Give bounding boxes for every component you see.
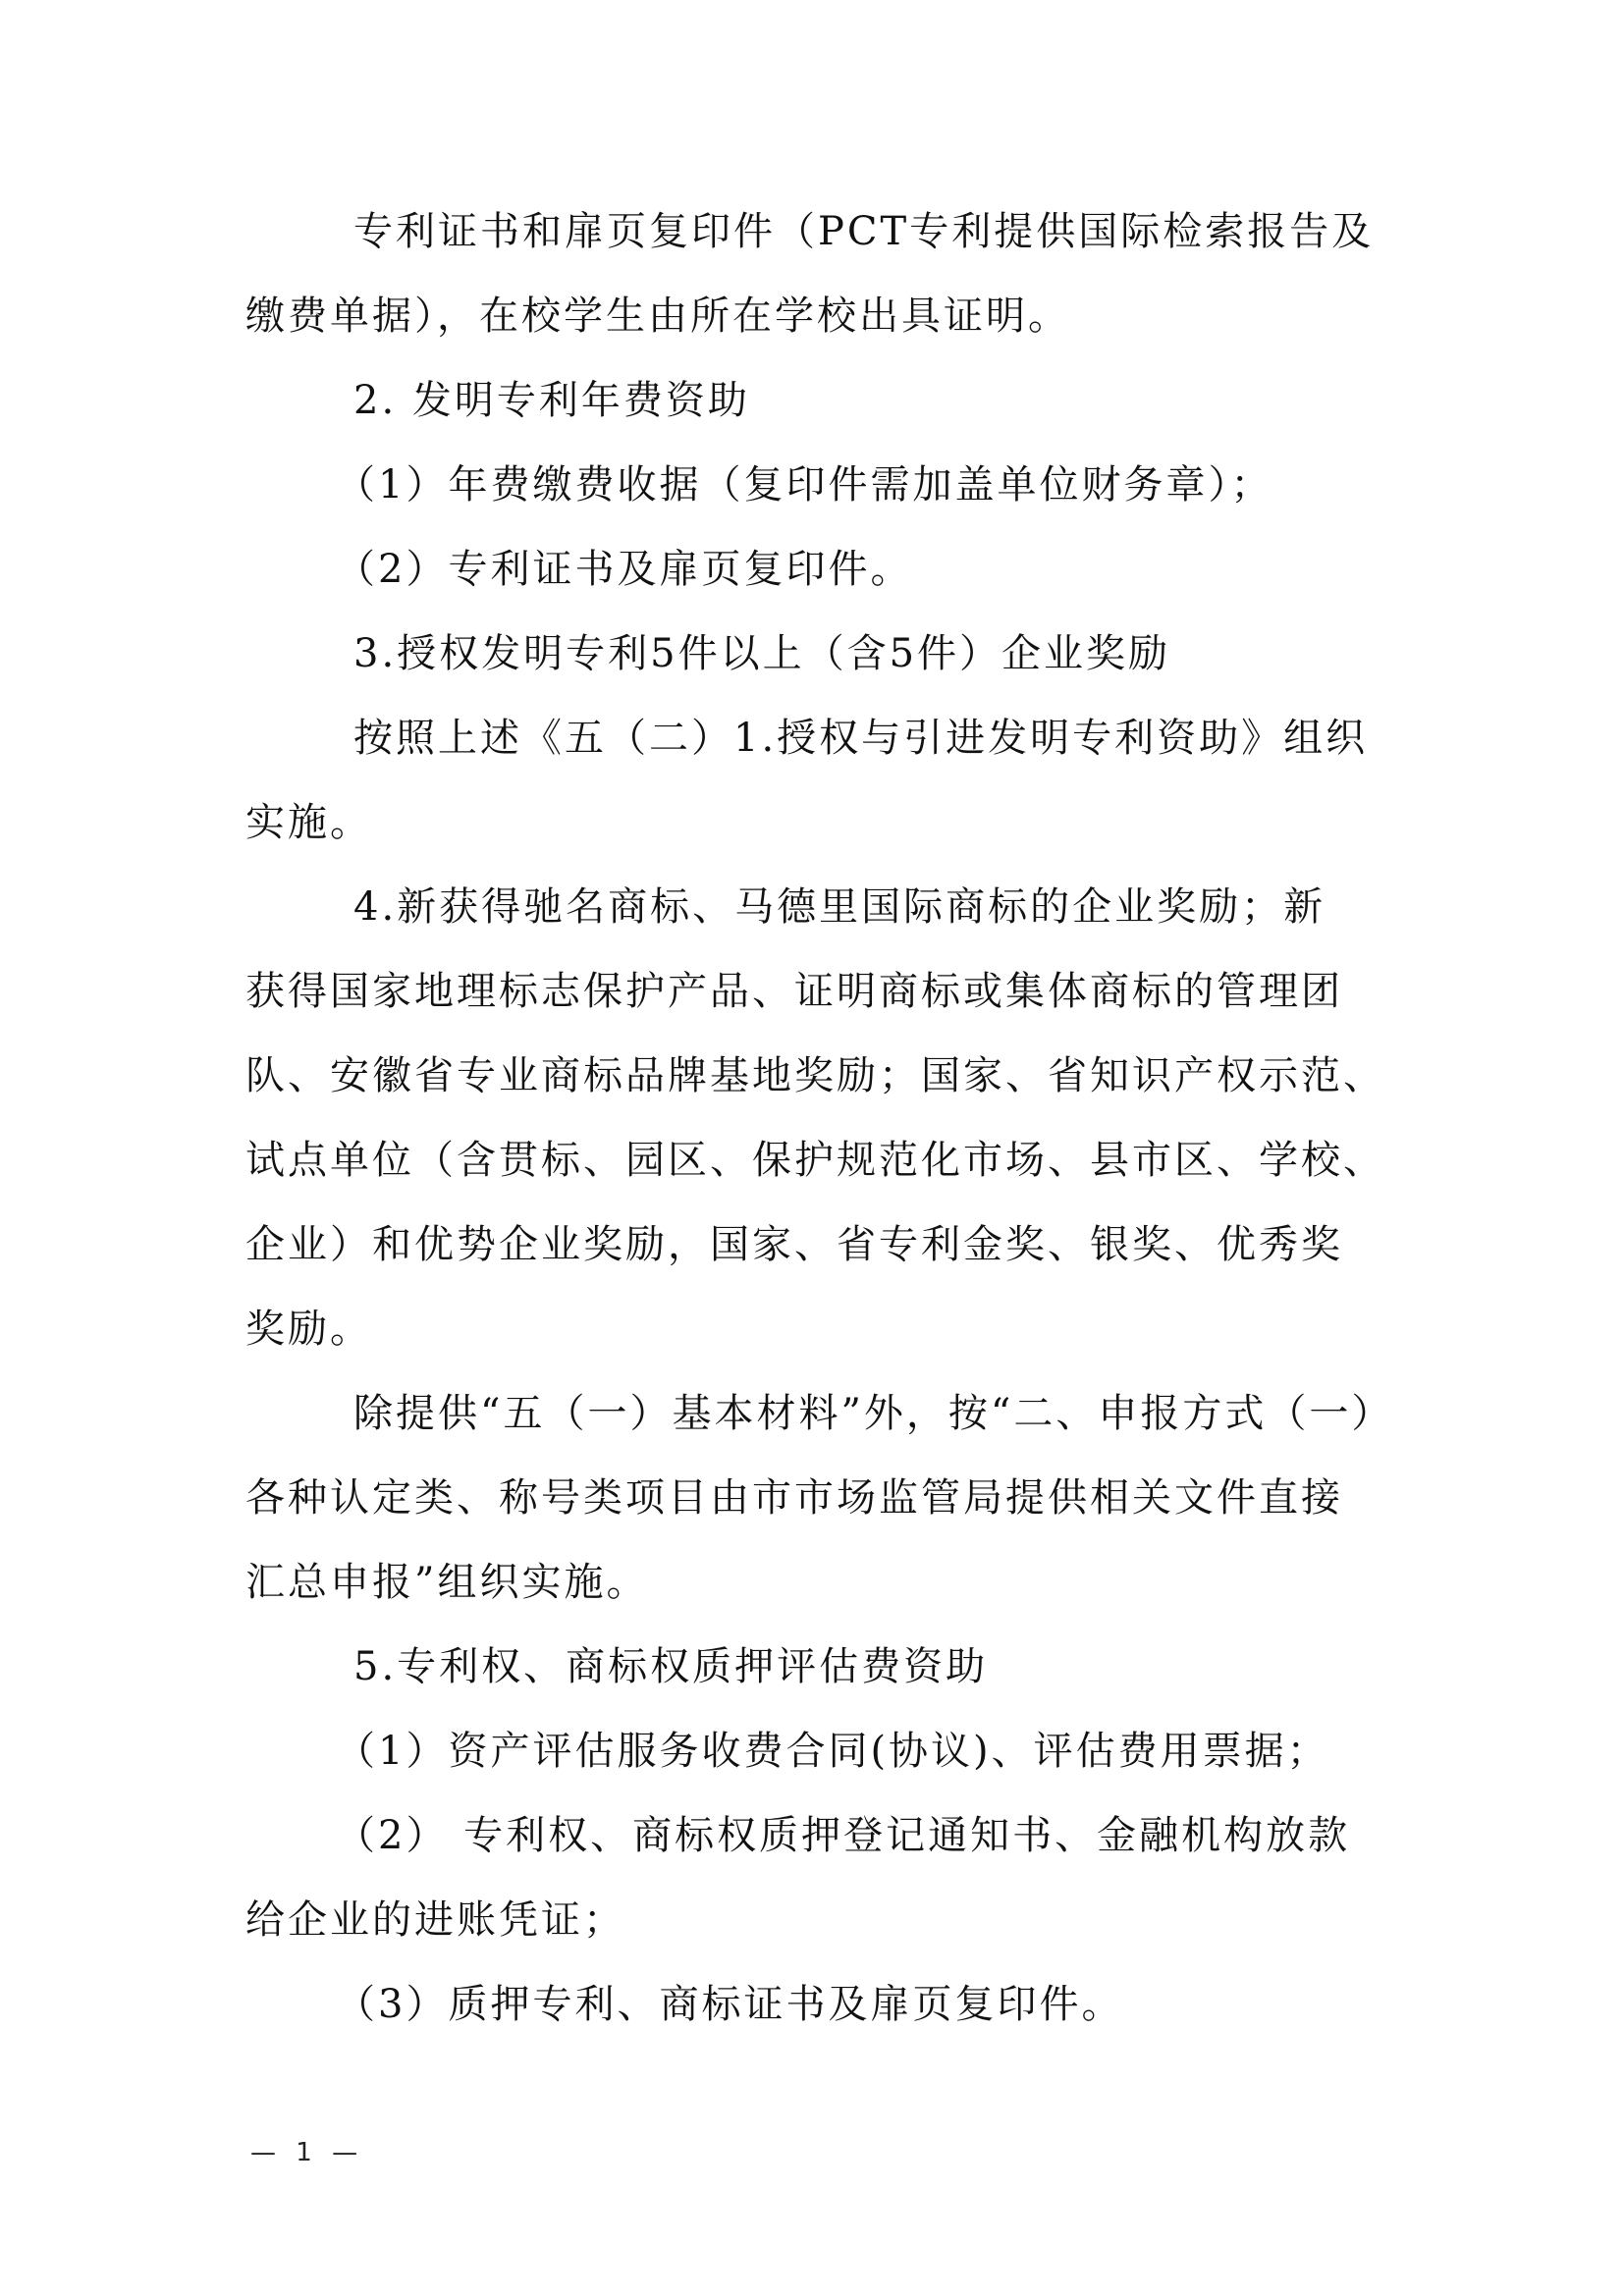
paragraph-line: 获得国家地理标志保护产品、证明商标或集体商标的管理团	[245, 966, 1343, 1017]
paragraph-line: 专利证书和扉页复印件（PCT专利提供国际检索报告及	[353, 206, 1374, 257]
paragraph-line: 奖励。	[245, 1304, 372, 1355]
paragraph-line: 除提供“五（一）基本材料”外，按“二、申报方式（一）	[353, 1388, 1393, 1439]
paragraph-line: 实施。	[245, 797, 372, 848]
section-heading: 4.新获得驰名商标、马德里国际商标的企业奖励；新	[353, 881, 1325, 933]
paragraph-line: 各种认定类、称号类项目由市市场监管局提供相关文件直接	[245, 1472, 1343, 1523]
paragraph-line: 缴费单据），在校学生由所在学校出具证明。	[245, 291, 1070, 342]
paragraph-line: 企业）和优势企业奖励，国家、省专利金奖、银奖、优秀奖	[245, 1219, 1343, 1270]
section-heading: 5.专利权、商标权质押评估费资助	[353, 1641, 988, 1692]
list-item: （1）年费缴费收据（复印件需加盖单位财务章）；	[336, 459, 1272, 510]
list-item: （2）专利证书及扉页复印件。	[336, 544, 912, 595]
paragraph-line: 队、安徽省专业商标品牌基地奖励；国家、省知识产权示范、	[245, 1050, 1385, 1101]
paragraph-line: 汇总申报”组织实施。	[245, 1557, 648, 1608]
paragraph-line: 按照上述《五（二）1.授权与引进发明专利资助》组织	[353, 713, 1368, 764]
paragraph-line: 试点单位（含贯标、园区、保护规范化市场、县市区、学校、	[245, 1135, 1385, 1186]
section-heading: 2. 发明专利年费资助	[353, 375, 750, 426]
paragraph-line: 给企业的进账凭证；	[245, 1895, 625, 1946]
list-item: （2） 专利权、商标权质押登记通知书、金融机构放款	[336, 1810, 1350, 1861]
list-item: （3）质押专利、商标证书及扉页复印件。	[336, 1979, 1123, 2030]
section-heading: 3.授权发明专利5件以上（含5件）企业奖励	[353, 628, 1170, 679]
page-number: — 1 —	[250, 2138, 363, 2167]
list-item: （1）资产评估服务收费合同(协议)、评估费用票据；	[336, 1726, 1329, 1777]
